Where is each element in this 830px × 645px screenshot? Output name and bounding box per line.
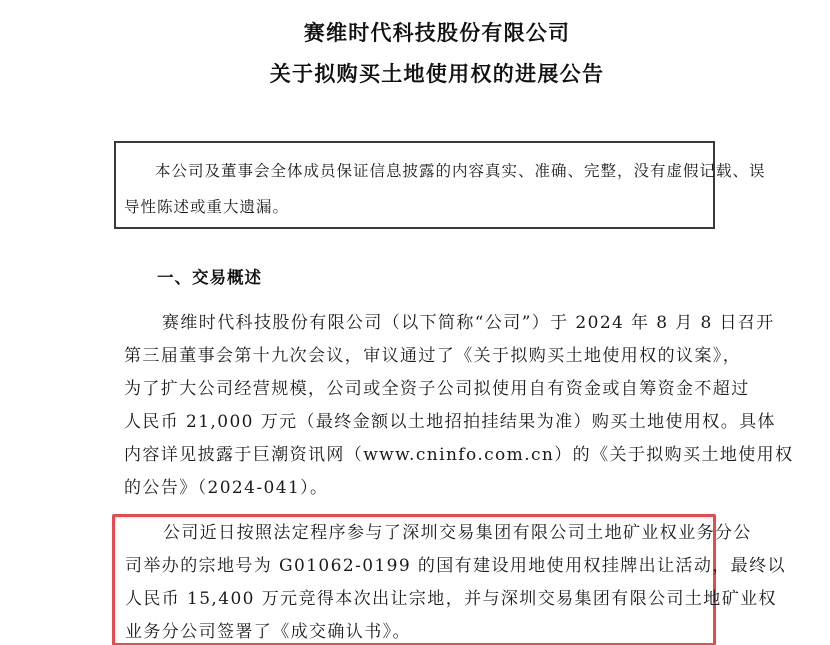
disclaimer-text: 本公司及董事会全体成员保证信息披露的内容真实、准确、完整，没有虚假记载、误 导性… — [124, 153, 708, 225]
disclaimer-box: 本公司及董事会全体成员保证信息披露的内容真实、准确、完整，没有虚假记载、误 导性… — [114, 141, 715, 229]
paragraph-line: 业务分公司签署了《成交确认书》。 — [125, 616, 709, 645]
paragraph-line: 人民币 15,400 万元竞得本次出让宗地，并与深圳交易集团有限公司土地矿业权 — [125, 583, 709, 616]
paragraph-line: 司举办的宗地号为 G01062-0199 的国有建设用地使用权挂牌出让活动，最终… — [125, 550, 709, 583]
disclaimer-line: 本公司及董事会全体成员保证信息披露的内容真实、准确、完整，没有虚假记载、误 — [124, 153, 708, 189]
section-heading-transaction-overview: 一、交易概述 — [157, 266, 262, 290]
paragraph-land-acquisition-result: 公司近日按照法定程序参与了深圳交易集团有限公司土地矿业权业务分公 司举办的宗地号… — [125, 517, 709, 645]
paragraph-line: 人民币 21,000 万元（最终金额以土地招拍挂结果为准）购买土地使用权。具体 — [124, 406, 708, 439]
paragraph-line: 公司近日按照法定程序参与了深圳交易集团有限公司土地矿业权业务分公 — [125, 517, 709, 550]
disclaimer-line: 导性陈述或重大遗漏。 — [124, 189, 708, 225]
company-name-title: 赛维时代科技股份有限公司 — [0, 20, 830, 46]
paragraph-transaction-background: 赛维时代科技股份有限公司（以下简称“公司”）于 2024 年 8 月 8 日召开… — [124, 307, 708, 505]
announcement-title: 关于拟购买土地使用权的进展公告 — [0, 61, 830, 87]
paragraph-line: 第三届董事会第十九次会议，审议通过了《关于拟购买土地使用权的议案》， — [124, 340, 708, 373]
highlight-box: 公司近日按照法定程序参与了深圳交易集团有限公司土地矿业权业务分公 司举办的宗地号… — [112, 514, 716, 645]
paragraph-line: 的公告》（2024-041）。 — [124, 472, 708, 505]
paragraph-line: 内容详见披露于巨潮资讯网（www.cninfo.com.cn）的《关于拟购买土地… — [124, 439, 708, 472]
paragraph-line: 赛维时代科技股份有限公司（以下简称“公司”）于 2024 年 8 月 8 日召开 — [124, 307, 708, 340]
paragraph-line: 为了扩大公司经营规模，公司或全资子公司拟使用自有资金或自筹资金不超过 — [124, 373, 708, 406]
